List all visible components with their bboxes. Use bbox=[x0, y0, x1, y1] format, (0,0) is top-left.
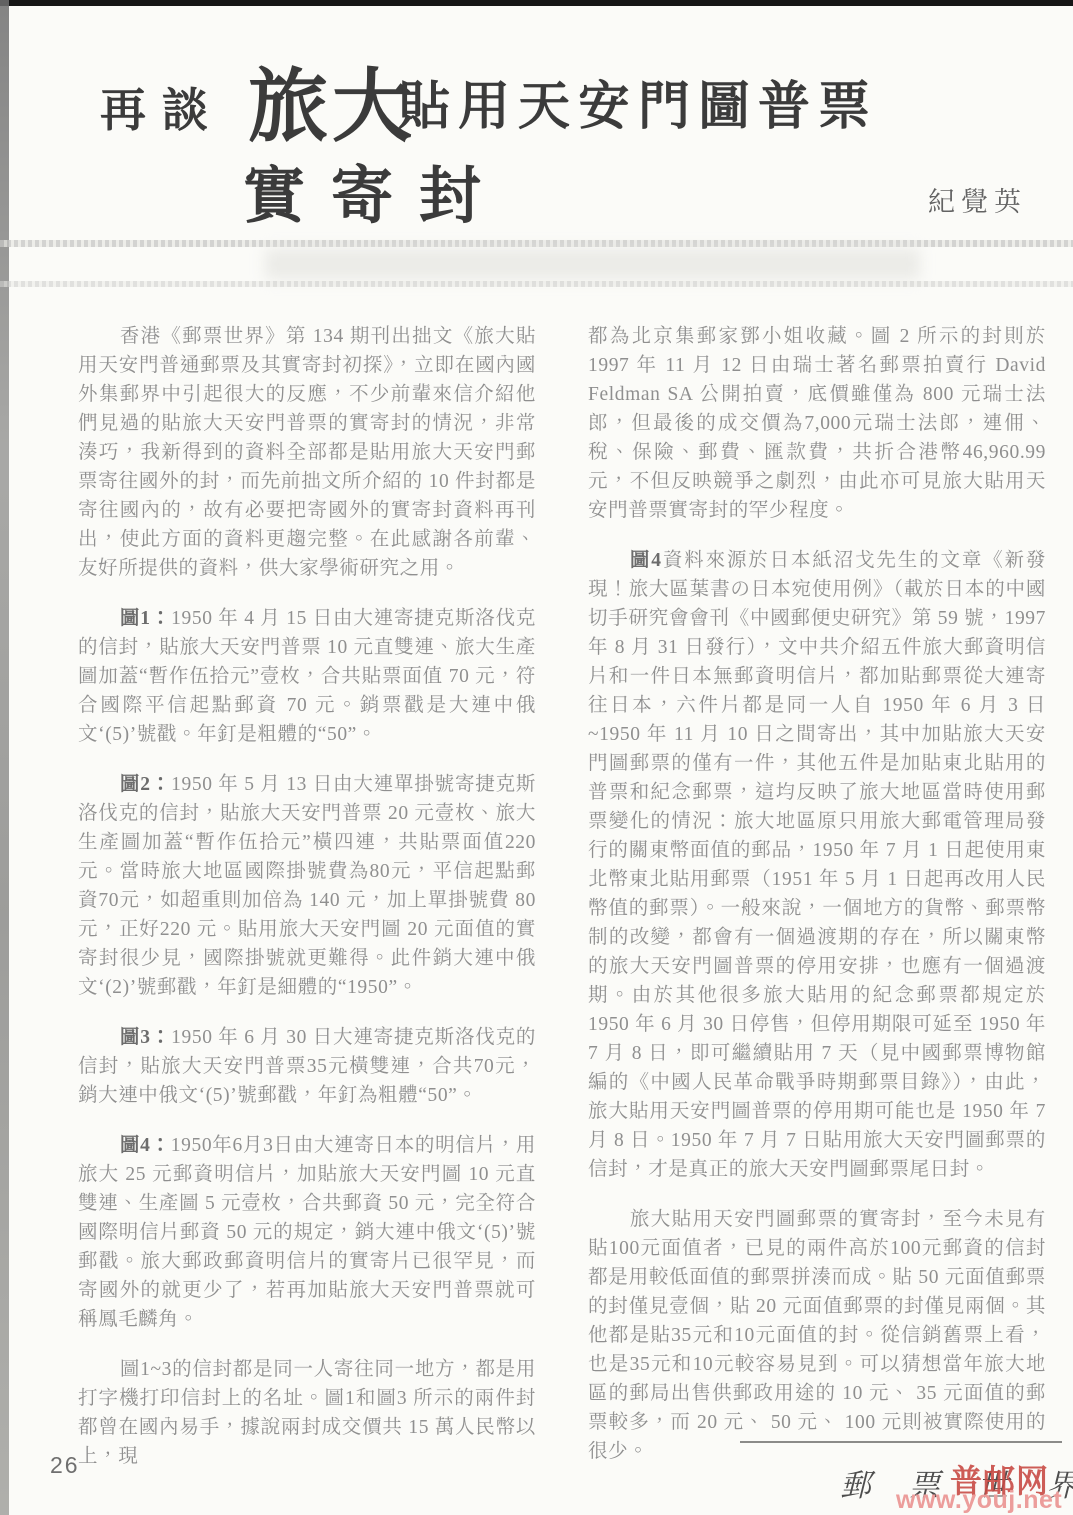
paragraph: 圖4：1950年6月3日由大連寄日本的明信片，用旅大 25 元郵資明信片，加貼旅… bbox=[78, 1131, 536, 1334]
paragraph: 圖2：1950 年 5 月 13 日由大連單掛號寄捷克斯洛伐克的信封，貼旅大天安… bbox=[78, 770, 536, 1002]
paragraph-text: 都為北京集郵家鄧小姐收藏。圖 2 所示的封則於 1997 年 11 月 12 日… bbox=[588, 326, 1046, 521]
scanned-magazine-page: 再談 旅大 貼用天安門圖普票 實寄封 紀覺英 香港《郵票世界》第 134 期刊出… bbox=[0, 0, 1073, 1515]
right-column: 都為北京集郵家鄧小姐收藏。圖 2 所示的封則於 1997 年 11 月 12 日… bbox=[588, 322, 1046, 1487]
left-column: 香港《郵票世界》第 134 期刊出拙文《旅大貼用天安門普通郵票及其實寄封初探》，… bbox=[78, 322, 536, 1492]
title-rest: 貼用天安門圖普票 bbox=[398, 64, 878, 139]
paragraph-text: 圖1~3的信封都是同一人寄往同一地方，都是用打字機打印信封上的名址。圖1和圖3 … bbox=[78, 1359, 536, 1467]
paragraph: 圖1~3的信封都是同一人寄往同一地方，都是用打字機打印信封上的名址。圖1和圖3 … bbox=[78, 1355, 536, 1471]
scan-band-upper bbox=[0, 240, 1073, 247]
figure-label: 圖4 bbox=[630, 550, 662, 571]
footer-divider bbox=[740, 1441, 1062, 1443]
watermark-url: www.youj.net bbox=[896, 1486, 1062, 1515]
paragraph-text: 香港《郵票世界》第 134 期刊出拙文《旅大貼用天安門普通郵票及其實寄封初探》，… bbox=[78, 326, 536, 579]
paragraph-text: 資料來源於日本紙沼戈先生的文章《新發現！旅大區葉書の日本宛使用例》（載於日本的中… bbox=[588, 550, 1046, 1180]
figure-label: 圖3： bbox=[120, 1027, 171, 1048]
paragraph: 圖1：1950 年 4 月 15 日由大連寄捷克斯洛伐克的信封，貼旅大天安門普票… bbox=[78, 604, 536, 749]
paragraph-text: 1950 年 5 月 13 日由大連單掛號寄捷克斯洛伐克的信封，貼旅大天安門普票… bbox=[78, 774, 536, 998]
figure-label: 圖1： bbox=[120, 608, 171, 629]
paragraph: 都為北京集郵家鄧小姐收藏。圖 2 所示的封則於 1997 年 11 月 12 日… bbox=[588, 322, 1046, 525]
title-emphasis: 旅大 bbox=[248, 42, 416, 157]
paragraph-text: 1950年6月3日由大連寄日本的明信片，用旅大 25 元郵資明信片，加貼旅大天安… bbox=[78, 1135, 536, 1330]
title-line2: 實寄封 bbox=[243, 146, 507, 235]
figure-label: 圖2： bbox=[120, 774, 171, 795]
scan-edge-top bbox=[0, 0, 1073, 6]
author-name: 紀覺英 bbox=[928, 180, 1027, 219]
paragraph: 圖3：1950 年 6 月 30 日大連寄捷克斯洛伐克的信封，貼旅大天安門普票3… bbox=[78, 1023, 536, 1110]
paragraph-text: 旅大貼用天安門圖郵票的實寄封，至今未見有貼100元面值者，已見的兩件高於100元… bbox=[588, 1209, 1046, 1462]
paragraph: 旅大貼用天安門圖郵票的實寄封，至今未見有貼100元面值者，已見的兩件高於100元… bbox=[588, 1205, 1046, 1466]
title-prefix: 再談 bbox=[100, 74, 224, 140]
paragraph: 香港《郵票世界》第 134 期刊出拙文《旅大貼用天安門普通郵票及其實寄封初探》，… bbox=[78, 322, 536, 583]
page-number: 26 bbox=[50, 1452, 80, 1479]
paragraph: 圖4資料來源於日本紙沼戈先生的文章《新發現！旅大區葉書の日本宛使用例》（載於日本… bbox=[588, 546, 1046, 1184]
scan-band-lower bbox=[0, 281, 1073, 287]
scan-edge-left bbox=[0, 0, 9, 1515]
figure-label: 圖4： bbox=[120, 1135, 171, 1156]
scan-smudge bbox=[265, 248, 920, 280]
